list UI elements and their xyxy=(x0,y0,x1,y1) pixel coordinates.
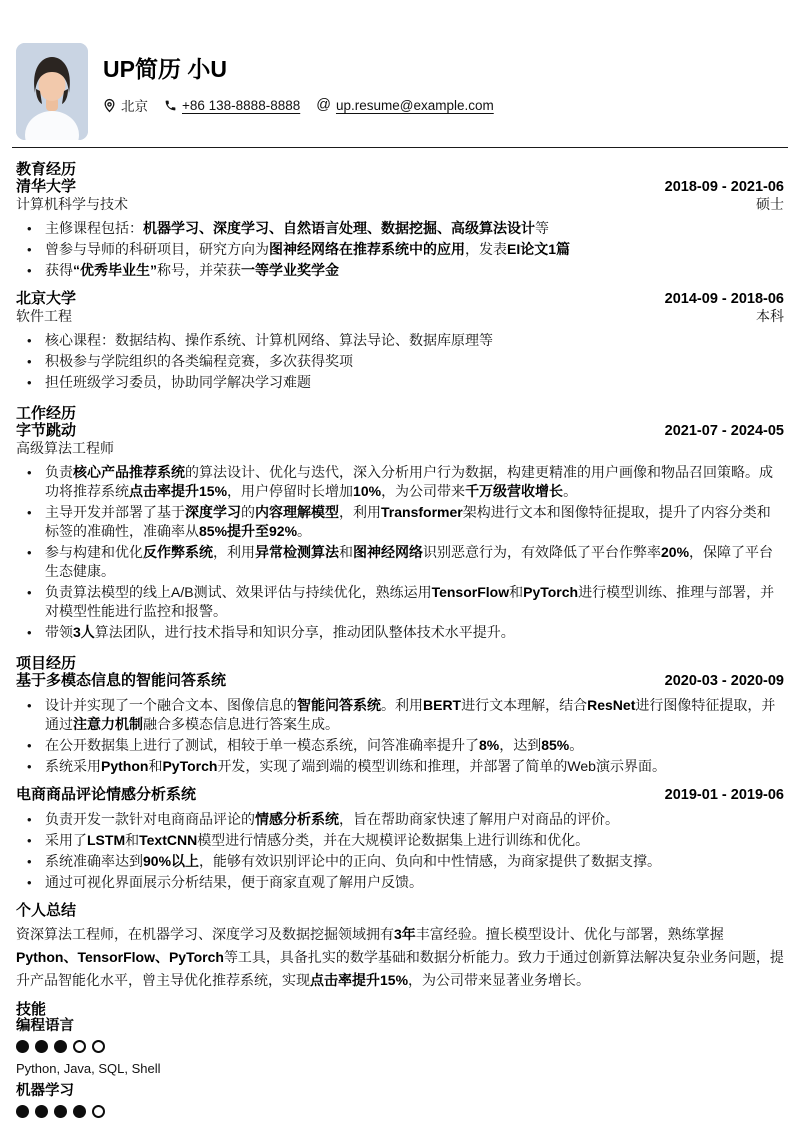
company-name: 字节跳动 xyxy=(16,422,76,439)
bullet-text: 核心课程：数据结构、操作系统、计算机网络、算法导论、数据库原理等 xyxy=(45,331,784,350)
header-divider xyxy=(12,147,788,148)
work-entries: 字节跳动2021-07 - 2024-05高级算法工程师•负责核心产品推荐系统的… xyxy=(16,422,784,642)
bullet-marker: • xyxy=(16,219,45,238)
location-item: 北京 xyxy=(103,95,148,115)
skill-level-dots xyxy=(16,1040,784,1053)
project-entries: 基于多模态信息的智能问答系统2020-03 - 2020-09•设计并实现了一个… xyxy=(16,672,784,892)
bullet-item: •通过可视化界面展示分析结果，便于商家直观了解用户反馈。 xyxy=(16,873,784,892)
bullet-item: •主修课程包括：机器学习、深度学习、自然语言处理、数据挖掘、高级算法设计等 xyxy=(16,219,784,238)
project-entry: 基于多模态信息的智能问答系统2020-03 - 2020-09•设计并实现了一个… xyxy=(16,672,784,776)
skill-dot-filled xyxy=(16,1105,29,1118)
entry-title-row: 电商商品评论情感分析系统2019-01 - 2019-06 xyxy=(16,786,784,804)
bullet-item: •负责核心产品推荐系统的算法设计、优化与迭代，深入分析用户行为数据，构建更精准的… xyxy=(16,463,784,501)
bullet-text: 主导开发并部署了基于深度学习的内容理解模型，利用Transformer架构进行文… xyxy=(45,503,784,541)
bullet-text: 获得“优秀毕业生”称号，并荣获一等学业奖学金 xyxy=(45,261,784,280)
bullet-text: 主修课程包括：机器学习、深度学习、自然语言处理、数据挖掘、高级算法设计等 xyxy=(45,219,784,238)
bullet-text: 设计并实现了一个融合文本、图像信息的智能问答系统。利用BERT进行文本理解，结合… xyxy=(45,696,784,734)
bullet-item: •设计并实现了一个融合文本、图像信息的智能问答系统。利用BERT进行文本理解，结… xyxy=(16,696,784,734)
section-summary: 个人总结 资深算法工程师，在机器学习、深度学习及数据挖掘领域拥有3年丰富经验。擅… xyxy=(16,902,784,992)
bullet-marker: • xyxy=(16,373,45,392)
school-name: 清华大学 xyxy=(16,178,76,195)
bullet-list: •负责核心产品推荐系统的算法设计、优化与迭代，深入分析用户行为数据，构建更精准的… xyxy=(16,463,784,642)
skill-dot-filled xyxy=(35,1105,48,1118)
skill-group: 编程语言Python, Java, SQL, Shell xyxy=(16,1018,784,1077)
section-skills: 技能 编程语言Python, Java, SQL, Shell机器学习 xyxy=(16,1001,784,1118)
bullet-marker: • xyxy=(16,543,45,581)
job-title: 高级算法工程师 xyxy=(16,440,114,457)
bullet-marker: • xyxy=(16,736,45,755)
bullet-marker: • xyxy=(16,352,45,371)
skill-dot-filled xyxy=(16,1040,29,1053)
bullet-item: •负责算法模型的线上A/B测试、效果评估与持续优化，熟练运用TensorFlow… xyxy=(16,583,784,621)
resume-page: UP简历 小U 北京 +86 138-8 xyxy=(0,0,800,1118)
skill-dot-filled xyxy=(73,1105,86,1118)
bullet-item: •获得“优秀毕业生”称号，并荣获一等学业奖学金 xyxy=(16,261,784,280)
phone-text: +86 138-8888-8888 xyxy=(182,98,300,113)
bullet-text: 带领3人算法团队，进行技术指导和知识分享，推动团队整体技术水平提升。 xyxy=(45,623,784,642)
bullet-item: •核心课程：数据结构、操作系统、计算机网络、算法导论、数据库原理等 xyxy=(16,331,784,350)
bullet-text: 系统采用Python和PyTorch开发，实现了端到端的模型训练和推理，并部署了… xyxy=(45,757,784,776)
bullet-item: •负责开发一款针对电商商品评论的情感分析系统，旨在帮助商家快速了解用户对商品的评… xyxy=(16,810,784,829)
bullet-item: •担任班级学习委员，协助同学解决学习难题 xyxy=(16,373,784,392)
bullet-list: •核心课程：数据结构、操作系统、计算机网络、算法导论、数据库原理等•积极参与学院… xyxy=(16,331,784,392)
entry-sub-row: 高级算法工程师 xyxy=(16,440,784,457)
education-entry: 清华大学2018-09 - 2021-06计算机科学与技术硕士•主修课程包括：机… xyxy=(16,178,784,280)
bullet-item: •系统采用Python和PyTorch开发，实现了端到端的模型训练和推理，并部署… xyxy=(16,757,784,776)
bullet-item: •参与构建和优化反作弊系统，利用异常检测算法和图神经网络识别恶意行为，有效降低了… xyxy=(16,543,784,581)
summary-paragraph: 资深算法工程师，在机器学习、深度学习及数据挖掘领域拥有3年丰富经验。擅长模型设计… xyxy=(16,923,784,992)
school-name: 北京大学 xyxy=(16,290,76,307)
bullet-marker: • xyxy=(16,831,45,850)
entry-date: 2021-07 - 2024-05 xyxy=(665,423,784,440)
bullet-text: 采用了LSTM和TextCNN模型进行情感分类，并在大规模评论数据集上进行训练和… xyxy=(45,831,784,850)
bullet-list: •主修课程包括：机器学习、深度学习、自然语言处理、数据挖掘、高级算法设计等•曾参… xyxy=(16,219,784,280)
bullet-text: 系统准确率达到90%以上，能够有效识别评论中的正向、负向和中性情感，为商家提供了… xyxy=(45,852,784,871)
bullet-list: •设计并实现了一个融合文本、图像信息的智能问答系统。利用BERT进行文本理解，结… xyxy=(16,696,784,776)
bullet-text: 曾参与导师的科研项目，研究方向为图神经网络在推荐系统中的应用，发表EI论文1篇 xyxy=(45,240,784,259)
bullet-marker: • xyxy=(16,583,45,621)
section-heading-skills: 技能 xyxy=(16,1001,784,1018)
section-projects: 项目经历 基于多模态信息的智能问答系统2020-03 - 2020-09•设计并… xyxy=(16,655,784,892)
project-entry: 电商商品评论情感分析系统2019-01 - 2019-06•负责开发一款针对电商… xyxy=(16,786,784,892)
resume-header: UP简历 小U 北京 +86 138-8 xyxy=(16,0,784,140)
entry-title-row: 字节跳动2021-07 - 2024-05 xyxy=(16,422,784,440)
bullet-item: •带领3人算法团队，进行技术指导和知识分享，推动团队整体技术水平提升。 xyxy=(16,623,784,642)
bullet-text: 参与构建和优化反作弊系统，利用异常检测算法和图神经网络识别恶意行为，有效降低了平… xyxy=(45,543,784,581)
phone-link[interactable]: +86 138-8888-8888 xyxy=(164,98,300,113)
bullet-text: 积极参与学院组织的各类编程竞赛，多次获得奖项 xyxy=(45,352,784,371)
skill-dot-empty xyxy=(73,1040,86,1053)
skill-name: 编程语言 xyxy=(16,1018,784,1035)
bullet-text: 负责核心产品推荐系统的算法设计、优化与迭代，深入分析用户行为数据，构建更精准的用… xyxy=(45,463,784,501)
project-name: 基于多模态信息的智能问答系统 xyxy=(16,672,226,689)
skill-dot-filled xyxy=(54,1105,67,1118)
work-entry: 字节跳动2021-07 - 2024-05高级算法工程师•负责核心产品推荐系统的… xyxy=(16,422,784,642)
contact-row: 北京 +86 138-8888-8888 @ up.resume@example… xyxy=(103,95,510,115)
major-name: 计算机科学与技术 xyxy=(16,196,128,213)
education-entries: 清华大学2018-09 - 2021-06计算机科学与技术硕士•主修课程包括：机… xyxy=(16,178,784,392)
bullet-marker: • xyxy=(16,873,45,892)
bullet-item: •主导开发并部署了基于深度学习的内容理解模型，利用Transformer架构进行… xyxy=(16,503,784,541)
bullet-marker: • xyxy=(16,852,45,871)
entry-date: 2014-09 - 2018-06 xyxy=(665,291,784,308)
email-text: up.resume@example.com xyxy=(336,98,494,113)
bullet-text: 通过可视化界面展示分析结果，便于商家直观了解用户反馈。 xyxy=(45,873,784,892)
skill-detail: Python, Java, SQL, Shell xyxy=(16,1061,784,1077)
education-entry: 北京大学2014-09 - 2018-06软件工程本科•核心课程：数据结构、操作… xyxy=(16,290,784,392)
entry-date: 2018-09 - 2021-06 xyxy=(665,179,784,196)
header-text-block: UP简历 小U 北京 +86 138-8 xyxy=(103,43,510,140)
bullet-list: •负责开发一款针对电商商品评论的情感分析系统，旨在帮助商家快速了解用户对商品的评… xyxy=(16,810,784,892)
entry-title-row: 北京大学2014-09 - 2018-06 xyxy=(16,290,784,308)
entry-sub-row: 计算机科学与技术硕士 xyxy=(16,196,784,213)
entry-title-row: 基于多模态信息的智能问答系统2020-03 - 2020-09 xyxy=(16,672,784,690)
bullet-marker: • xyxy=(16,696,45,734)
entry-sub-row: 软件工程本科 xyxy=(16,308,784,325)
bullet-marker: • xyxy=(16,757,45,776)
bullet-marker: • xyxy=(16,463,45,501)
skill-dot-empty xyxy=(92,1105,105,1118)
section-heading-education: 教育经历 xyxy=(16,161,784,178)
bullet-text: 担任班级学习委员，协助同学解决学习难题 xyxy=(45,373,784,392)
bullet-text: 在公开数据集上进行了测试，相较于单一模态系统，问答准确率提升了8%，达到85%。 xyxy=(45,736,784,755)
bullet-marker: • xyxy=(16,810,45,829)
skill-groups: 编程语言Python, Java, SQL, Shell机器学习 xyxy=(16,1018,784,1118)
section-work: 工作经历 字节跳动2021-07 - 2024-05高级算法工程师•负责核心产品… xyxy=(16,405,784,642)
phone-icon xyxy=(164,99,177,112)
skill-dot-empty xyxy=(92,1040,105,1053)
email-link[interactable]: @ up.resume@example.com xyxy=(316,98,494,113)
location-text: 北京 xyxy=(121,95,148,115)
degree-label: 本科 xyxy=(756,308,784,325)
profile-photo xyxy=(16,43,88,140)
section-heading-summary: 个人总结 xyxy=(16,902,784,919)
skill-level-dots xyxy=(16,1105,784,1118)
at-icon: @ xyxy=(316,98,331,112)
bullet-item: •系统准确率达到90%以上，能够有效识别评论中的正向、负向和中性情感，为商家提供… xyxy=(16,852,784,871)
bullet-marker: • xyxy=(16,240,45,259)
bullet-item: •积极参与学院组织的各类编程竞赛，多次获得奖项 xyxy=(16,352,784,371)
bullet-item: •在公开数据集上进行了测试，相较于单一模态系统，问答准确率提升了8%，达到85%… xyxy=(16,736,784,755)
skill-group: 机器学习 xyxy=(16,1083,784,1118)
bullet-marker: • xyxy=(16,261,45,280)
bullet-item: •曾参与导师的科研项目，研究方向为图神经网络在推荐系统中的应用，发表EI论文1篇 xyxy=(16,240,784,259)
candidate-name: UP简历 小U xyxy=(103,54,510,84)
section-education: 教育经历 清华大学2018-09 - 2021-06计算机科学与技术硕士•主修课… xyxy=(16,161,784,392)
skill-dot-filled xyxy=(54,1040,67,1053)
skill-name: 机器学习 xyxy=(16,1083,784,1100)
major-name: 软件工程 xyxy=(16,308,72,325)
degree-label: 硕士 xyxy=(756,196,784,213)
bullet-marker: • xyxy=(16,331,45,350)
section-heading-projects: 项目经历 xyxy=(16,655,784,672)
profile-photo-illustration xyxy=(16,43,88,140)
bullet-text: 负责算法模型的线上A/B测试、效果评估与持续优化，熟练运用TensorFlow和… xyxy=(45,583,784,621)
entry-date: 2020-03 - 2020-09 xyxy=(665,673,784,690)
bullet-text: 负责开发一款针对电商商品评论的情感分析系统，旨在帮助商家快速了解用户对商品的评价… xyxy=(45,810,784,829)
entry-title-row: 清华大学2018-09 - 2021-06 xyxy=(16,178,784,196)
location-pin-icon xyxy=(103,98,116,113)
entry-date: 2019-01 - 2019-06 xyxy=(665,787,784,804)
project-name: 电商商品评论情感分析系统 xyxy=(16,786,196,803)
resume-body: 教育经历 清华大学2018-09 - 2021-06计算机科学与技术硕士•主修课… xyxy=(16,161,784,1118)
skill-dot-filled xyxy=(35,1040,48,1053)
section-heading-work: 工作经历 xyxy=(16,405,784,422)
bullet-item: •采用了LSTM和TextCNN模型进行情感分类，并在大规模评论数据集上进行训练… xyxy=(16,831,784,850)
bullet-marker: • xyxy=(16,623,45,642)
bullet-marker: • xyxy=(16,503,45,541)
